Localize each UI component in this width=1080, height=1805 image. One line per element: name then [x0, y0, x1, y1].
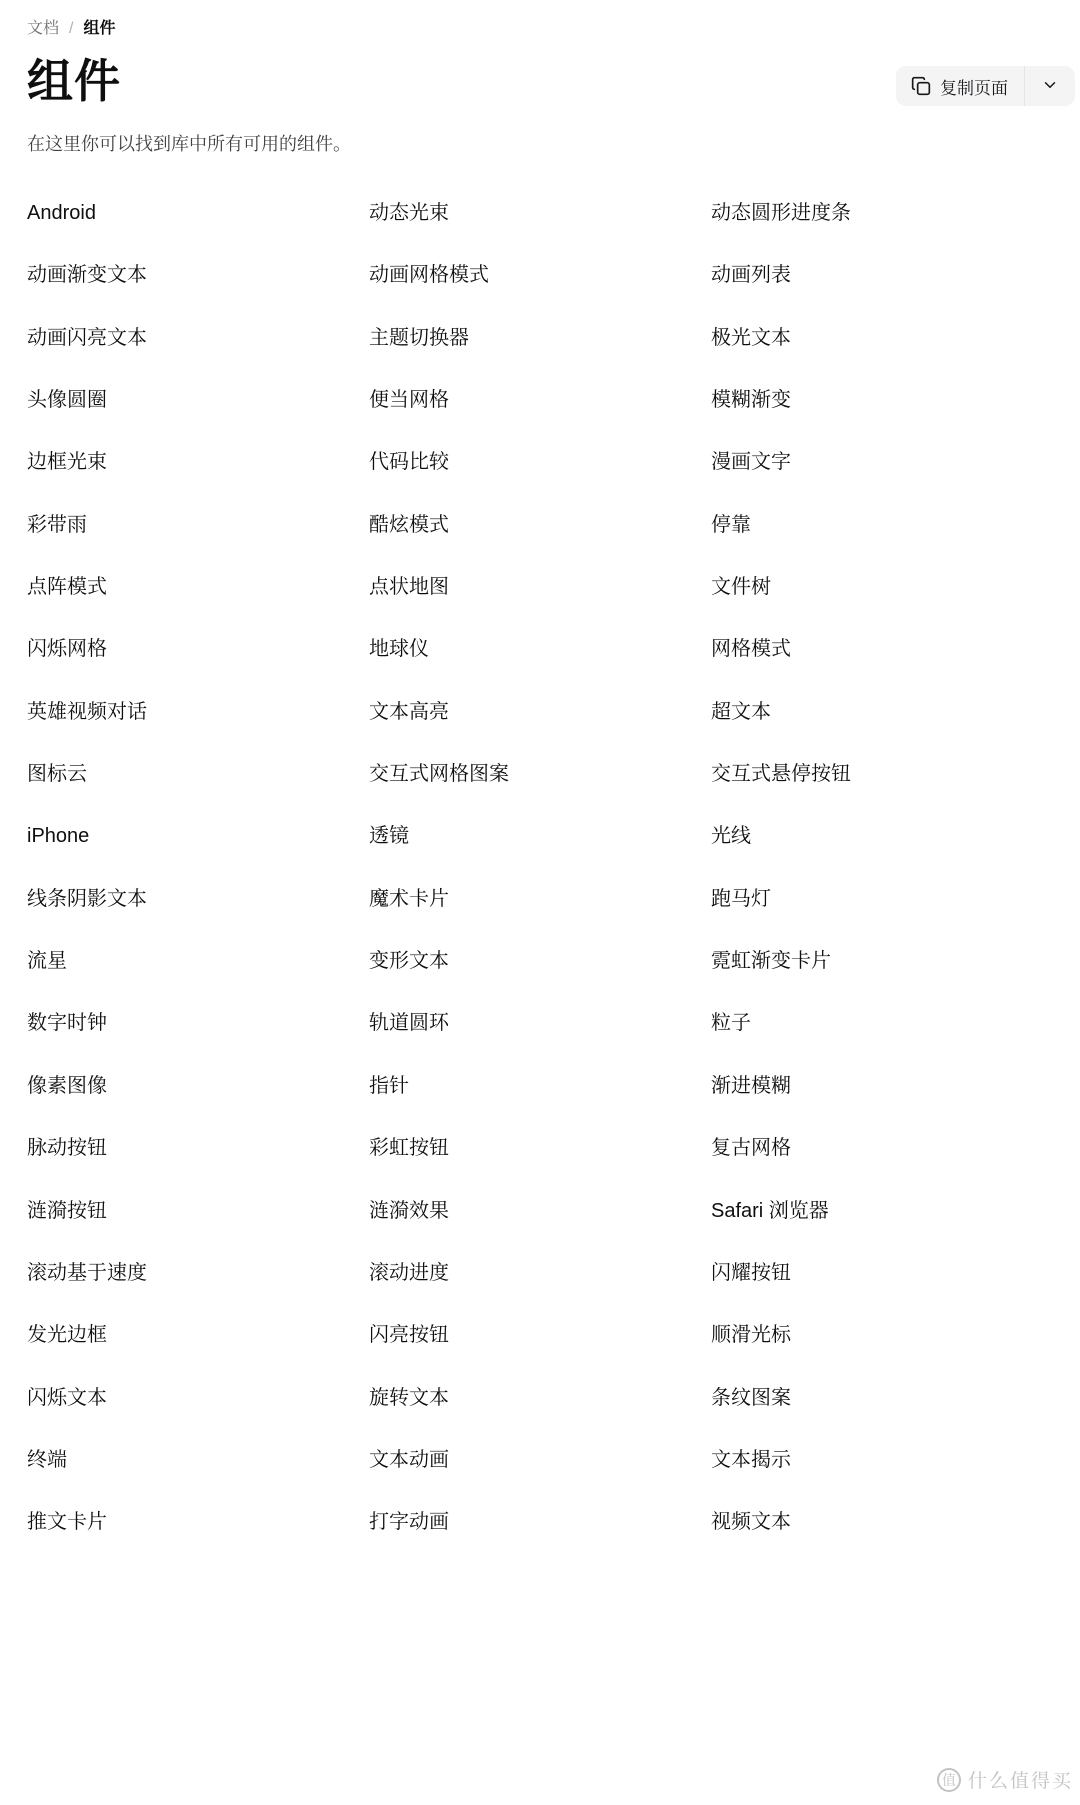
- component-link[interactable]: 粒子: [711, 1013, 751, 1034]
- component-link[interactable]: 彩虹按钮: [369, 1138, 449, 1159]
- component-link[interactable]: 网格模式: [711, 639, 791, 660]
- component-link[interactable]: 文件树: [711, 577, 771, 598]
- breadcrumb-docs-link[interactable]: 文档: [27, 18, 59, 40]
- component-link[interactable]: 模糊渐变: [711, 390, 791, 411]
- component-link[interactable]: 闪烁文本: [27, 1388, 107, 1409]
- component-link[interactable]: iPhone: [27, 826, 89, 847]
- component-link[interactable]: 终端: [27, 1450, 67, 1471]
- components-grid: Android动态光束动态圆形进度条动画渐变文本动画网格模式动画列表动画闪亮文本…: [27, 203, 1053, 1575]
- component-link[interactable]: 点状地图: [369, 577, 449, 598]
- component-link[interactable]: 复古网格: [711, 1138, 791, 1159]
- component-link[interactable]: 文本揭示: [711, 1450, 791, 1471]
- copy-page-button[interactable]: 复制页面: [896, 66, 1024, 106]
- watermark-text: 什么值得买: [968, 1766, 1073, 1793]
- component-link[interactable]: 滚动基于速度: [27, 1263, 147, 1284]
- component-link[interactable]: 渐进模糊: [711, 1076, 791, 1097]
- component-link[interactable]: 透镜: [369, 826, 409, 847]
- component-link[interactable]: 推文卡片: [27, 1512, 107, 1533]
- component-link[interactable]: 代码比较: [369, 452, 449, 473]
- component-link[interactable]: 轨道圆环: [369, 1013, 449, 1034]
- component-link[interactable]: 极光文本: [711, 328, 791, 349]
- component-link[interactable]: 漫画文字: [711, 452, 791, 473]
- component-link[interactable]: 主题切换器: [369, 328, 469, 349]
- breadcrumb-separator: /: [69, 18, 73, 40]
- watermark: 值 什么值得买: [937, 1766, 1073, 1793]
- component-link[interactable]: 旋转文本: [369, 1388, 449, 1409]
- page-description: 在这里你可以找到库中所有可用的组件。: [27, 132, 1053, 156]
- component-link[interactable]: 动画网格模式: [369, 265, 489, 286]
- component-link[interactable]: 动态圆形进度条: [711, 203, 851, 224]
- component-link[interactable]: 变形文本: [369, 951, 449, 972]
- component-link[interactable]: 文本高亮: [369, 702, 449, 723]
- component-link[interactable]: 涟漪按钮: [27, 1201, 107, 1222]
- component-link[interactable]: 像素图像: [27, 1076, 107, 1097]
- component-link[interactable]: 地球仪: [369, 639, 429, 660]
- copy-icon: [911, 76, 931, 96]
- component-link[interactable]: 打字动画: [369, 1512, 449, 1533]
- component-link[interactable]: 涟漪效果: [369, 1201, 449, 1222]
- copy-page-button-label: 复制页面: [940, 74, 1008, 99]
- component-link[interactable]: 流星: [27, 951, 67, 972]
- component-link[interactable]: 跑马灯: [711, 889, 771, 910]
- component-link[interactable]: 图标云: [27, 764, 87, 785]
- component-link[interactable]: 闪亮按钮: [369, 1325, 449, 1346]
- component-link[interactable]: 发光边框: [27, 1325, 107, 1346]
- smzdm-logo-icon: 值: [937, 1768, 961, 1792]
- copy-options-dropdown-button[interactable]: [1025, 66, 1075, 106]
- component-link[interactable]: 便当网格: [369, 390, 449, 411]
- component-link[interactable]: 点阵模式: [27, 577, 107, 598]
- component-link[interactable]: 数字时钟: [27, 1013, 107, 1034]
- breadcrumb-current-page: 组件: [83, 18, 115, 40]
- chevron-down-icon: [1041, 76, 1059, 97]
- component-link[interactable]: 交互式悬停按钮: [711, 764, 851, 785]
- component-link[interactable]: 英雄视频对话: [27, 702, 147, 723]
- component-link[interactable]: 霓虹渐变卡片: [711, 951, 831, 972]
- component-link[interactable]: 条纹图案: [711, 1388, 791, 1409]
- component-link[interactable]: 动画渐变文本: [27, 265, 147, 286]
- component-link[interactable]: 指针: [369, 1076, 409, 1097]
- copy-page-button-group: 复制页面: [896, 66, 1075, 106]
- component-link[interactable]: 动画列表: [711, 265, 791, 286]
- component-link[interactable]: 滚动进度: [369, 1263, 449, 1284]
- component-link[interactable]: 魔术卡片: [369, 889, 449, 910]
- component-link[interactable]: 动画闪亮文本: [27, 328, 147, 349]
- component-link[interactable]: Android: [27, 203, 96, 224]
- component-link[interactable]: 边框光束: [27, 452, 107, 473]
- breadcrumb: 文档 / 组件: [27, 18, 1053, 40]
- component-link[interactable]: 头像圆圈: [27, 390, 107, 411]
- component-link[interactable]: 彩带雨: [27, 515, 87, 536]
- component-link[interactable]: 动态光束: [369, 203, 449, 224]
- component-link[interactable]: 交互式网格图案: [369, 764, 509, 785]
- component-link[interactable]: Safari 浏览器: [711, 1201, 829, 1222]
- component-link[interactable]: 线条阴影文本: [27, 889, 147, 910]
- component-link[interactable]: 文本动画: [369, 1450, 449, 1471]
- component-link[interactable]: 光线: [711, 826, 751, 847]
- components-doc-page: 文档 / 组件 组件 复制页面 在这里你可以找到库中所有可用的组件。 Andro…: [0, 0, 1080, 1805]
- component-link[interactable]: 闪耀按钮: [711, 1263, 791, 1284]
- component-link[interactable]: 闪烁网格: [27, 639, 107, 660]
- component-link[interactable]: 视频文本: [711, 1512, 791, 1533]
- component-link[interactable]: 脉动按钮: [27, 1138, 107, 1159]
- component-link[interactable]: 停靠: [711, 515, 751, 536]
- component-link[interactable]: 酷炫模式: [369, 515, 449, 536]
- component-link[interactable]: 超文本: [711, 702, 771, 723]
- component-link[interactable]: 顺滑光标: [711, 1325, 791, 1346]
